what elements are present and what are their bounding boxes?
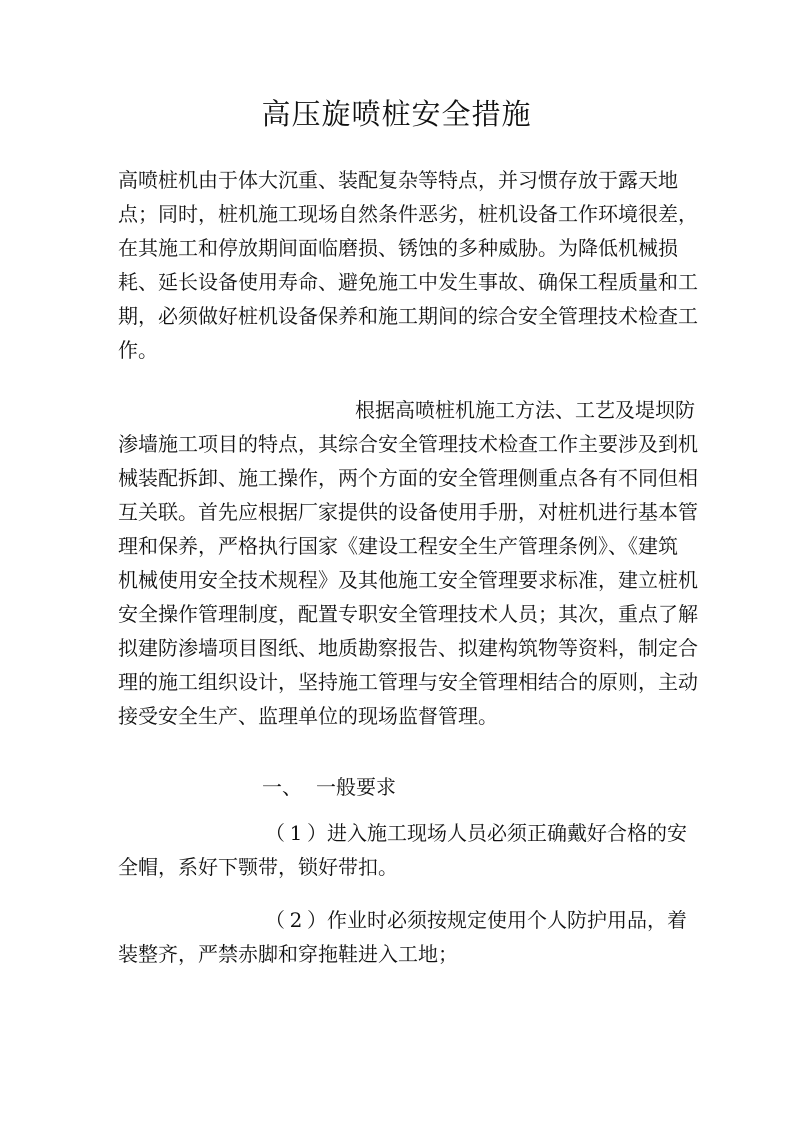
section-heading: 一、一般要求 [262, 770, 396, 804]
text-line: 装整齐，严禁赤脚和穿拖鞋进入工地； [118, 937, 674, 971]
text-line: 根据高喷桩机施工方法、工艺及堤坝防 [118, 393, 674, 427]
text-line: 期，必须做好桩机设备保养和施工期间的综合安全管理技术检查工 [118, 299, 674, 333]
item-text: 作业时必须按规定使用个人防护用品，着 [327, 908, 687, 932]
text-line: 接受安全生产、监理单位的现场监督管理。 [118, 699, 674, 733]
text-line: 理的施工组织设计，坚持施工管理与安全管理相结合的原则，主动 [118, 665, 674, 699]
document-page: 高压旋喷桩安全措施 高喷桩机由于体大沉重、装配复杂等特点，并习惯存放于露天地 点… [0, 0, 793, 1122]
text-line: 拟建防渗墙项目图纸、地质勘察报告、拟建构筑物等资料，制定合 [118, 631, 674, 665]
text-line: （2）作业时必须按规定使用个人防护用品，着 [118, 903, 674, 937]
text-line: 全帽，系好下颚带，锁好带扣。 [118, 850, 674, 884]
text-line: 理和保养，严格执行国家《建设工程安全生产管理条例》、《建筑 [118, 529, 674, 563]
item-number: （2） [265, 903, 327, 937]
text-line: 作。 [118, 333, 674, 367]
text-line: 高喷桩机由于体大沉重、装配复杂等特点，并习惯存放于露天地 [118, 163, 674, 197]
paragraph-intro: 高喷桩机由于体大沉重、装配复杂等特点，并习惯存放于露天地 点；同时，桩机施工现场… [118, 163, 674, 367]
text-line: 在其施工和停放期间面临磨损、锈蚀的多种威胁。为降低机械损 [118, 231, 674, 265]
text-line: 械装配拆卸、施工操作，两个方面的安全管理侧重点各有不同但相 [118, 461, 674, 495]
list-item-2: （2）作业时必须按规定使用个人防护用品，着 装整齐，严禁赤脚和穿拖鞋进入工地； [118, 903, 674, 971]
text-line: （1）进入施工现场人员必须正确戴好合格的安 [118, 816, 674, 850]
text-line: 安全操作管理制度，配置专职安全管理技术人员；其次，重点了解 [118, 597, 674, 631]
item-text: 进入施工现场人员必须正确戴好合格的安 [327, 821, 687, 845]
section-title: 一般要求 [316, 775, 396, 799]
item-number: （1） [265, 816, 327, 850]
text-line: 互关联。首先应根据厂家提供的设备使用手册，对桩机进行基本管 [118, 495, 674, 529]
text-line: 耗、延长设备使用寿命、避免施工中发生事故、确保工程质量和工 [118, 265, 674, 299]
list-item-1: （1）进入施工现场人员必须正确戴好合格的安 全帽，系好下颚带，锁好带扣。 [118, 816, 674, 884]
section-number: 一、 [262, 770, 316, 804]
text-line: 点；同时，桩机施工现场自然条件恶劣，桩机设备工作环境很差， [118, 197, 674, 231]
text-line: 机械使用安全技术规程》及其他施工安全管理要求标准，建立桩机 [118, 563, 674, 597]
text-line: 渗墙施工项目的特点，其综合安全管理技术检查工作主要涉及到机 [118, 427, 674, 461]
document-title: 高压旋喷桩安全措施 [0, 96, 793, 132]
paragraph-safety-management: 根据高喷桩机施工方法、工艺及堤坝防 渗墙施工项目的特点，其综合安全管理技术检查工… [118, 393, 674, 733]
